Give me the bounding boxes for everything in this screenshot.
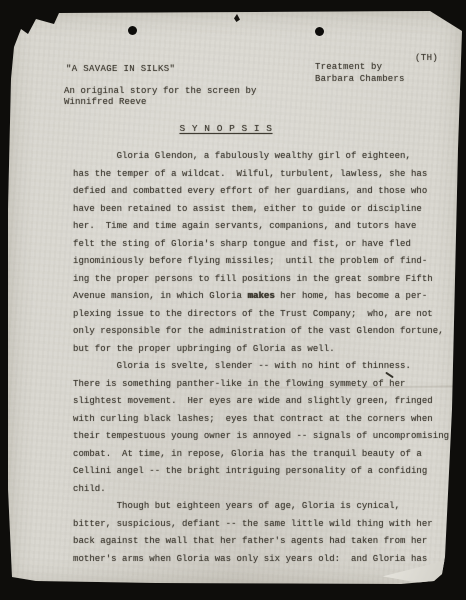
punch-hole (128, 26, 137, 35)
treatment-credit: Treatment by Barbara Chambers (315, 62, 405, 85)
typescript-line: Avenue mansion, in which Gloria makes he… (73, 288, 449, 306)
byline: An original story for the screen by Winn… (64, 86, 257, 108)
typescript-line: Gloria Glendon, a fabulously wealthy gir… (73, 148, 449, 166)
typescript-line: have been retained to assist them, eithe… (73, 201, 449, 219)
typescript-line: her. Time and time again servants, compa… (73, 218, 449, 236)
typescript-line: ignominiously before flying missiles; un… (73, 253, 449, 271)
typescript-line: ing the proper persons to fill positions… (73, 271, 449, 289)
typescript-line: mother's arms when Gloria was only six y… (73, 551, 449, 569)
typescript-line: their tempestuous young owner is annoyed… (73, 428, 449, 446)
typescript-line: only responsible for the administration … (73, 323, 449, 341)
typescript-line: but for the proper upbringing of Gloria … (73, 341, 449, 359)
typescript-line: with curling black lashes; eyes that con… (73, 411, 449, 429)
typescript-line: felt the sting of Gloria's sharp tongue … (73, 236, 449, 254)
synopsis-heading: S Y N O P S I S (156, 123, 296, 134)
typescript-line: back against the wall that her father's … (73, 533, 449, 551)
punch-hole (315, 27, 324, 36)
typescript-line: Though but eighteen years of age, Gloria… (73, 498, 449, 516)
typescript-line: plexing issue to the directors of the Tr… (73, 306, 449, 324)
document-title: "A SAVAGE IN SILKS" (66, 64, 175, 74)
overstruck-word: makes (247, 291, 274, 301)
typescript-body: Gloria Glendon, a fabulously wealthy gir… (73, 148, 449, 568)
paper-speck (234, 14, 240, 22)
typescript-line: child. (73, 481, 449, 499)
typescript-line: has the temper of a wildcat. Wilful, tur… (73, 166, 449, 184)
byline-line: An original story for the screen by (64, 86, 257, 97)
paper: (TH) "A SAVAGE IN SILKS" Treatment by Ba… (6, 9, 464, 587)
typescript-line: slightest movement. Her eyes are wide an… (73, 393, 449, 411)
byline-line: Winnifred Reeve (64, 97, 257, 108)
typescript-line: Cellini angel -- the bright intriguing p… (73, 463, 449, 481)
corner-code: (TH) (415, 53, 438, 63)
typescript-line: defied and combatted every effort of her… (73, 183, 449, 201)
typescript-line: combat. At time, in repose, Gloria has t… (73, 446, 449, 464)
scan-background: { "document": { "corner_code": "(TH)", "… (0, 0, 466, 600)
treatment-credit-line: Treatment by (315, 62, 405, 74)
typescript-line: Gloria is svelte, slender -- with no hin… (73, 358, 449, 376)
treatment-credit-line: Barbara Chambers (315, 74, 405, 86)
typescript-line: bitter, suspicious, defiant -- the same … (73, 516, 449, 534)
